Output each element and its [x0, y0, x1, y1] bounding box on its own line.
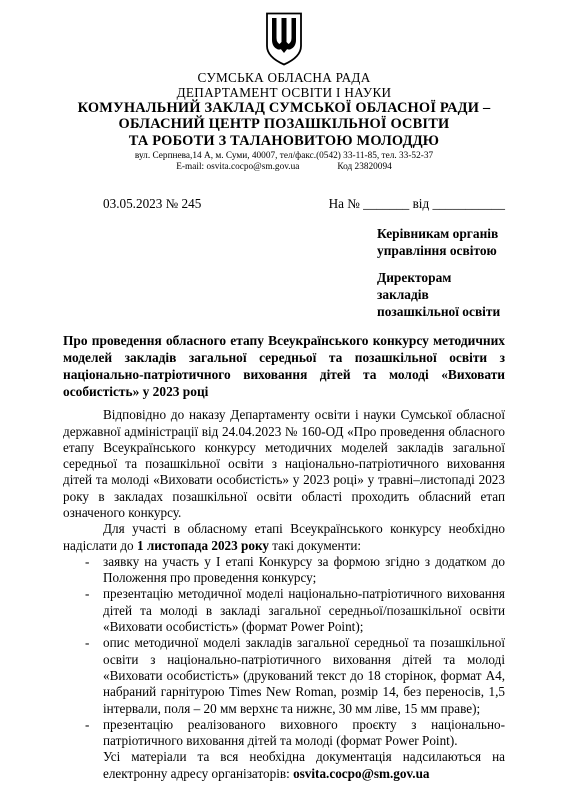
- org-code: Код 23820094: [337, 162, 391, 172]
- paragraph-closing: Усі матеріали та вся необхідна документа…: [63, 749, 505, 782]
- addressee-block: Керівникам органів управління освітою Ди…: [377, 225, 505, 320]
- org-name-institution-2: ОБЛАСНИЙ ЦЕНТР ПОЗАШКІЛЬНОЇ ОСВІТИ: [63, 116, 505, 132]
- reference-row: 03.05.2023 № 245 На № _______ від ______…: [63, 196, 505, 212]
- org-address: вул. Серпнева,14 А, м. Суми, 40007, тел/…: [63, 151, 505, 162]
- list-marker: -: [85, 554, 89, 570]
- org-contact-row: E-mail: osvita.cocpo@sm.gov.uaКод 238200…: [63, 162, 505, 173]
- paragraph-deadline: Для участі в обласному етапі Всеукраїнсь…: [63, 521, 505, 554]
- list-marker: -: [85, 635, 89, 651]
- addressee-line: Керівникам органів: [377, 225, 505, 242]
- addressee-school-directors: Директорам закладів позашкільної освіти: [377, 269, 505, 320]
- addressee-line: Директорам закладів: [377, 269, 505, 303]
- outgoing-number: 03.05.2023 № 245: [103, 196, 201, 212]
- incoming-number-blank: На № _______ від ___________: [329, 196, 505, 212]
- document-list-item: - опис методичної моделі закладів загаль…: [63, 635, 505, 716]
- letter-body: Відповідно до наказу Департаменту освіти…: [63, 407, 505, 782]
- letter-page: СУМСЬКА ОБЛАСНА РАДА ДЕПАРТАМЕНТ ОСВІТИ …: [0, 0, 566, 800]
- org-name-council: СУМСЬКА ОБЛАСНА РАДА: [63, 70, 505, 85]
- deadline-text-end: такі документи:: [269, 538, 361, 553]
- letterhead-emblem: [63, 12, 505, 66]
- addressee-education-authorities: Керівникам органів управління освітою: [377, 225, 505, 259]
- list-marker: -: [85, 586, 89, 602]
- list-item-text: презентацію реалізованого виховного проє…: [103, 717, 505, 748]
- list-item-text: презентацію методичної моделі національн…: [103, 586, 505, 634]
- list-marker: -: [85, 717, 89, 733]
- list-item-text: опис методичної моделі закладів загально…: [103, 635, 505, 715]
- ukraine-trident-emblem-icon: [264, 12, 304, 66]
- document-list-item: - заявку на участь у І етапі Конкурсу за…: [63, 554, 505, 587]
- document-list-item: - презентацію методичної моделі націонал…: [63, 586, 505, 635]
- org-email: E-mail: osvita.cocpo@sm.gov.ua: [176, 162, 299, 172]
- document-list-item: - презентацію реалізованого виховного пр…: [63, 717, 505, 750]
- deadline-date: 1 листопада 2023 року: [137, 538, 269, 553]
- org-name-institution-3: ТА РОБОТИ З ТАЛАНОВИТОЮ МОЛОДДЮ: [63, 133, 505, 149]
- addressee-line: управління освітою: [377, 242, 505, 259]
- organizer-email: osvita.cocpo@sm.gov.ua: [293, 766, 429, 781]
- list-item-text: заявку на участь у І етапі Конкурсу за ф…: [103, 554, 505, 585]
- org-name-department: ДЕПАРТАМЕНТ ОСВІТИ І НАУКИ: [63, 85, 505, 100]
- letter-subject: Про проведення обласного етапу Всеукраїн…: [63, 332, 505, 400]
- paragraph-intro: Відповідно до наказу Департаменту освіти…: [63, 407, 505, 521]
- org-name-institution-1: КОМУНАЛЬНИЙ ЗАКЛАД СУМСЬКОЇ ОБЛАСНОЇ РАД…: [63, 100, 505, 116]
- addressee-line: позашкільної освіти: [377, 303, 505, 320]
